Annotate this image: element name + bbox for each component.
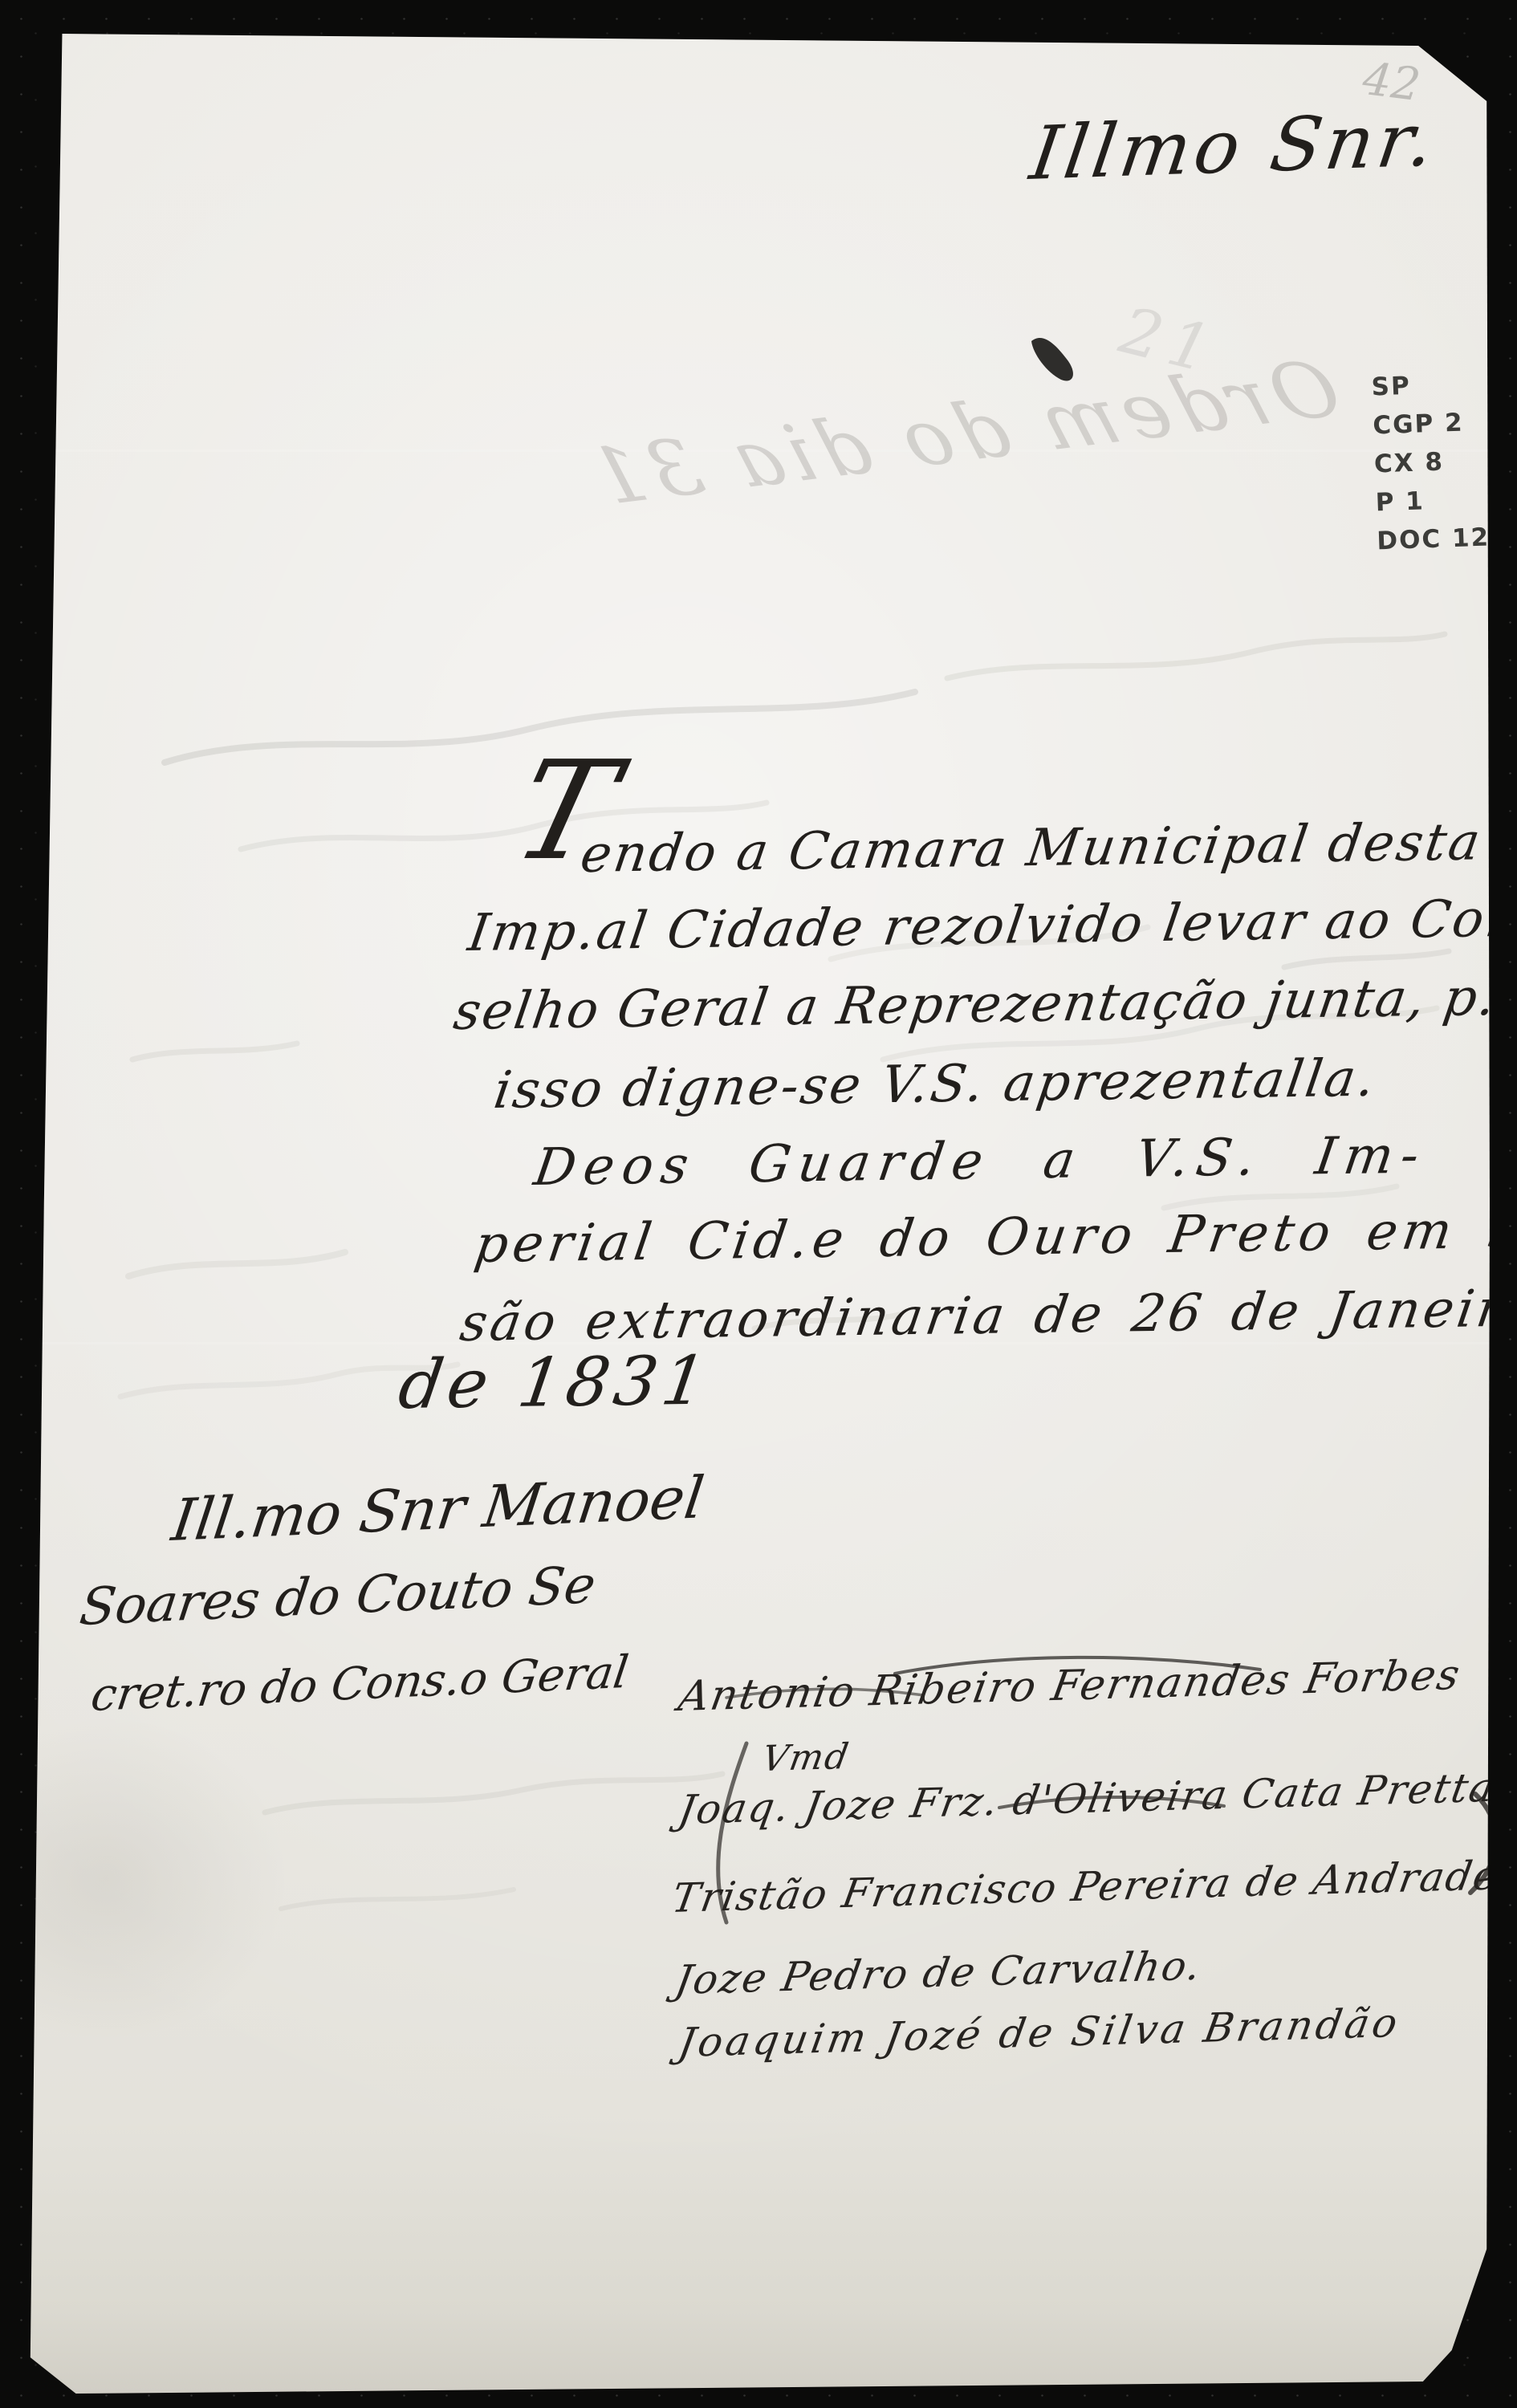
manuscript-page: Ordem do dia 31 Illmo Snr. 42 SP CGP 2 C… (0, 0, 1517, 2408)
salutation: Illmo Snr. (1025, 96, 1442, 196)
archive-code-line: SP (1371, 364, 1485, 407)
signature-2-prefix: Vmd (759, 1736, 853, 1780)
body-line-5: Deos Guarde a V.S. Im- (531, 1126, 1431, 1198)
body-line-date: de 1831 (394, 1341, 716, 1424)
bleedthrough-line (265, 1774, 722, 1812)
bleedthrough-line (947, 634, 1445, 678)
archive-code-line: CX 8 (1373, 441, 1487, 484)
archive-code-line: CGP 2 (1373, 403, 1486, 445)
bleedthrough-line (1284, 951, 1449, 967)
bleedthrough-line (132, 1043, 297, 1060)
body-line-1: endo a Camara Municipal desta (577, 812, 1486, 885)
bleedthrough-line (128, 1252, 345, 1276)
archive-code-line: DOC 12 (1377, 518, 1491, 560)
archive-reference-code: SP CGP 2 CX 8 P 1 DOC 12 (1371, 364, 1491, 561)
scanned-page-background: Ordem do dia 31 Illmo Snr. 42 SP CGP 2 C… (0, 0, 1517, 2408)
archive-code-line: P 1 (1375, 480, 1489, 523)
bleedthrough-line (281, 1889, 514, 1909)
folio-number: 42 (1360, 53, 1423, 112)
body-line-4: isso digne-se V.S. aprezentalla. (490, 1049, 1381, 1121)
